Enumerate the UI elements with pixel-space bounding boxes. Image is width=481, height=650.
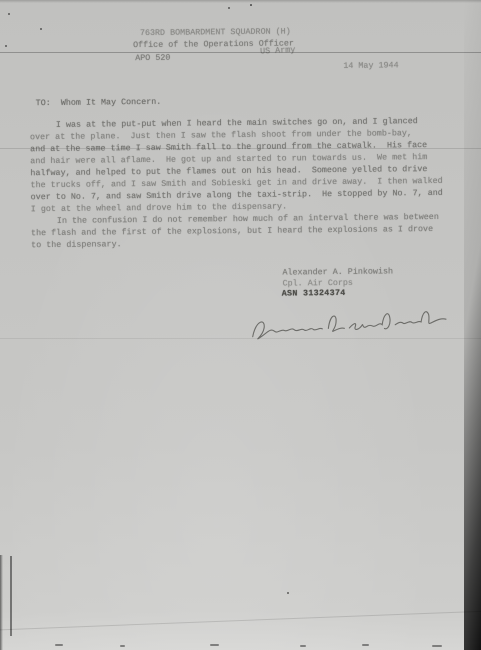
paper-speck [8,13,10,15]
paragraph-1: I was at the put-put when I heard the ma… [30,116,443,216]
signer-asn: ASN 31324374 [282,288,346,299]
edge-mark [300,645,306,647]
unit-heading: 763RD BOMBARDMENT SQUADRON (H) [140,26,291,38]
paper-speck [228,7,230,9]
scan-line [0,148,481,149]
edge-mark [210,644,219,646]
paragraph-2: In the confusion I do not remember how m… [31,212,439,252]
scan-line [0,52,481,53]
edge-mark [120,645,125,647]
page-edge-shadow [464,0,481,650]
scanned-letter-page: 763RD BOMBARDMENT SQUADRON (H) Office of… [0,0,481,650]
apo-line: APO 520 [135,53,170,63]
page-edge-top [0,0,481,3]
page-edge-left [10,556,12,636]
paper-speck [5,45,7,47]
paper-speck [287,592,289,594]
scan-line [0,338,481,339]
page-corner-shadow [0,555,3,650]
paper-speck [250,4,252,6]
edge-mark [362,644,369,646]
army-line: US Army [260,45,296,57]
salutation: TO: Whom It May Concern. [36,97,162,108]
edge-mark [432,645,442,647]
edge-mark [55,644,63,646]
signer-name: Alexander A. Pinkowish [282,266,393,277]
paper-speck [40,28,42,30]
date-line: 14 May 1944 [343,60,398,71]
